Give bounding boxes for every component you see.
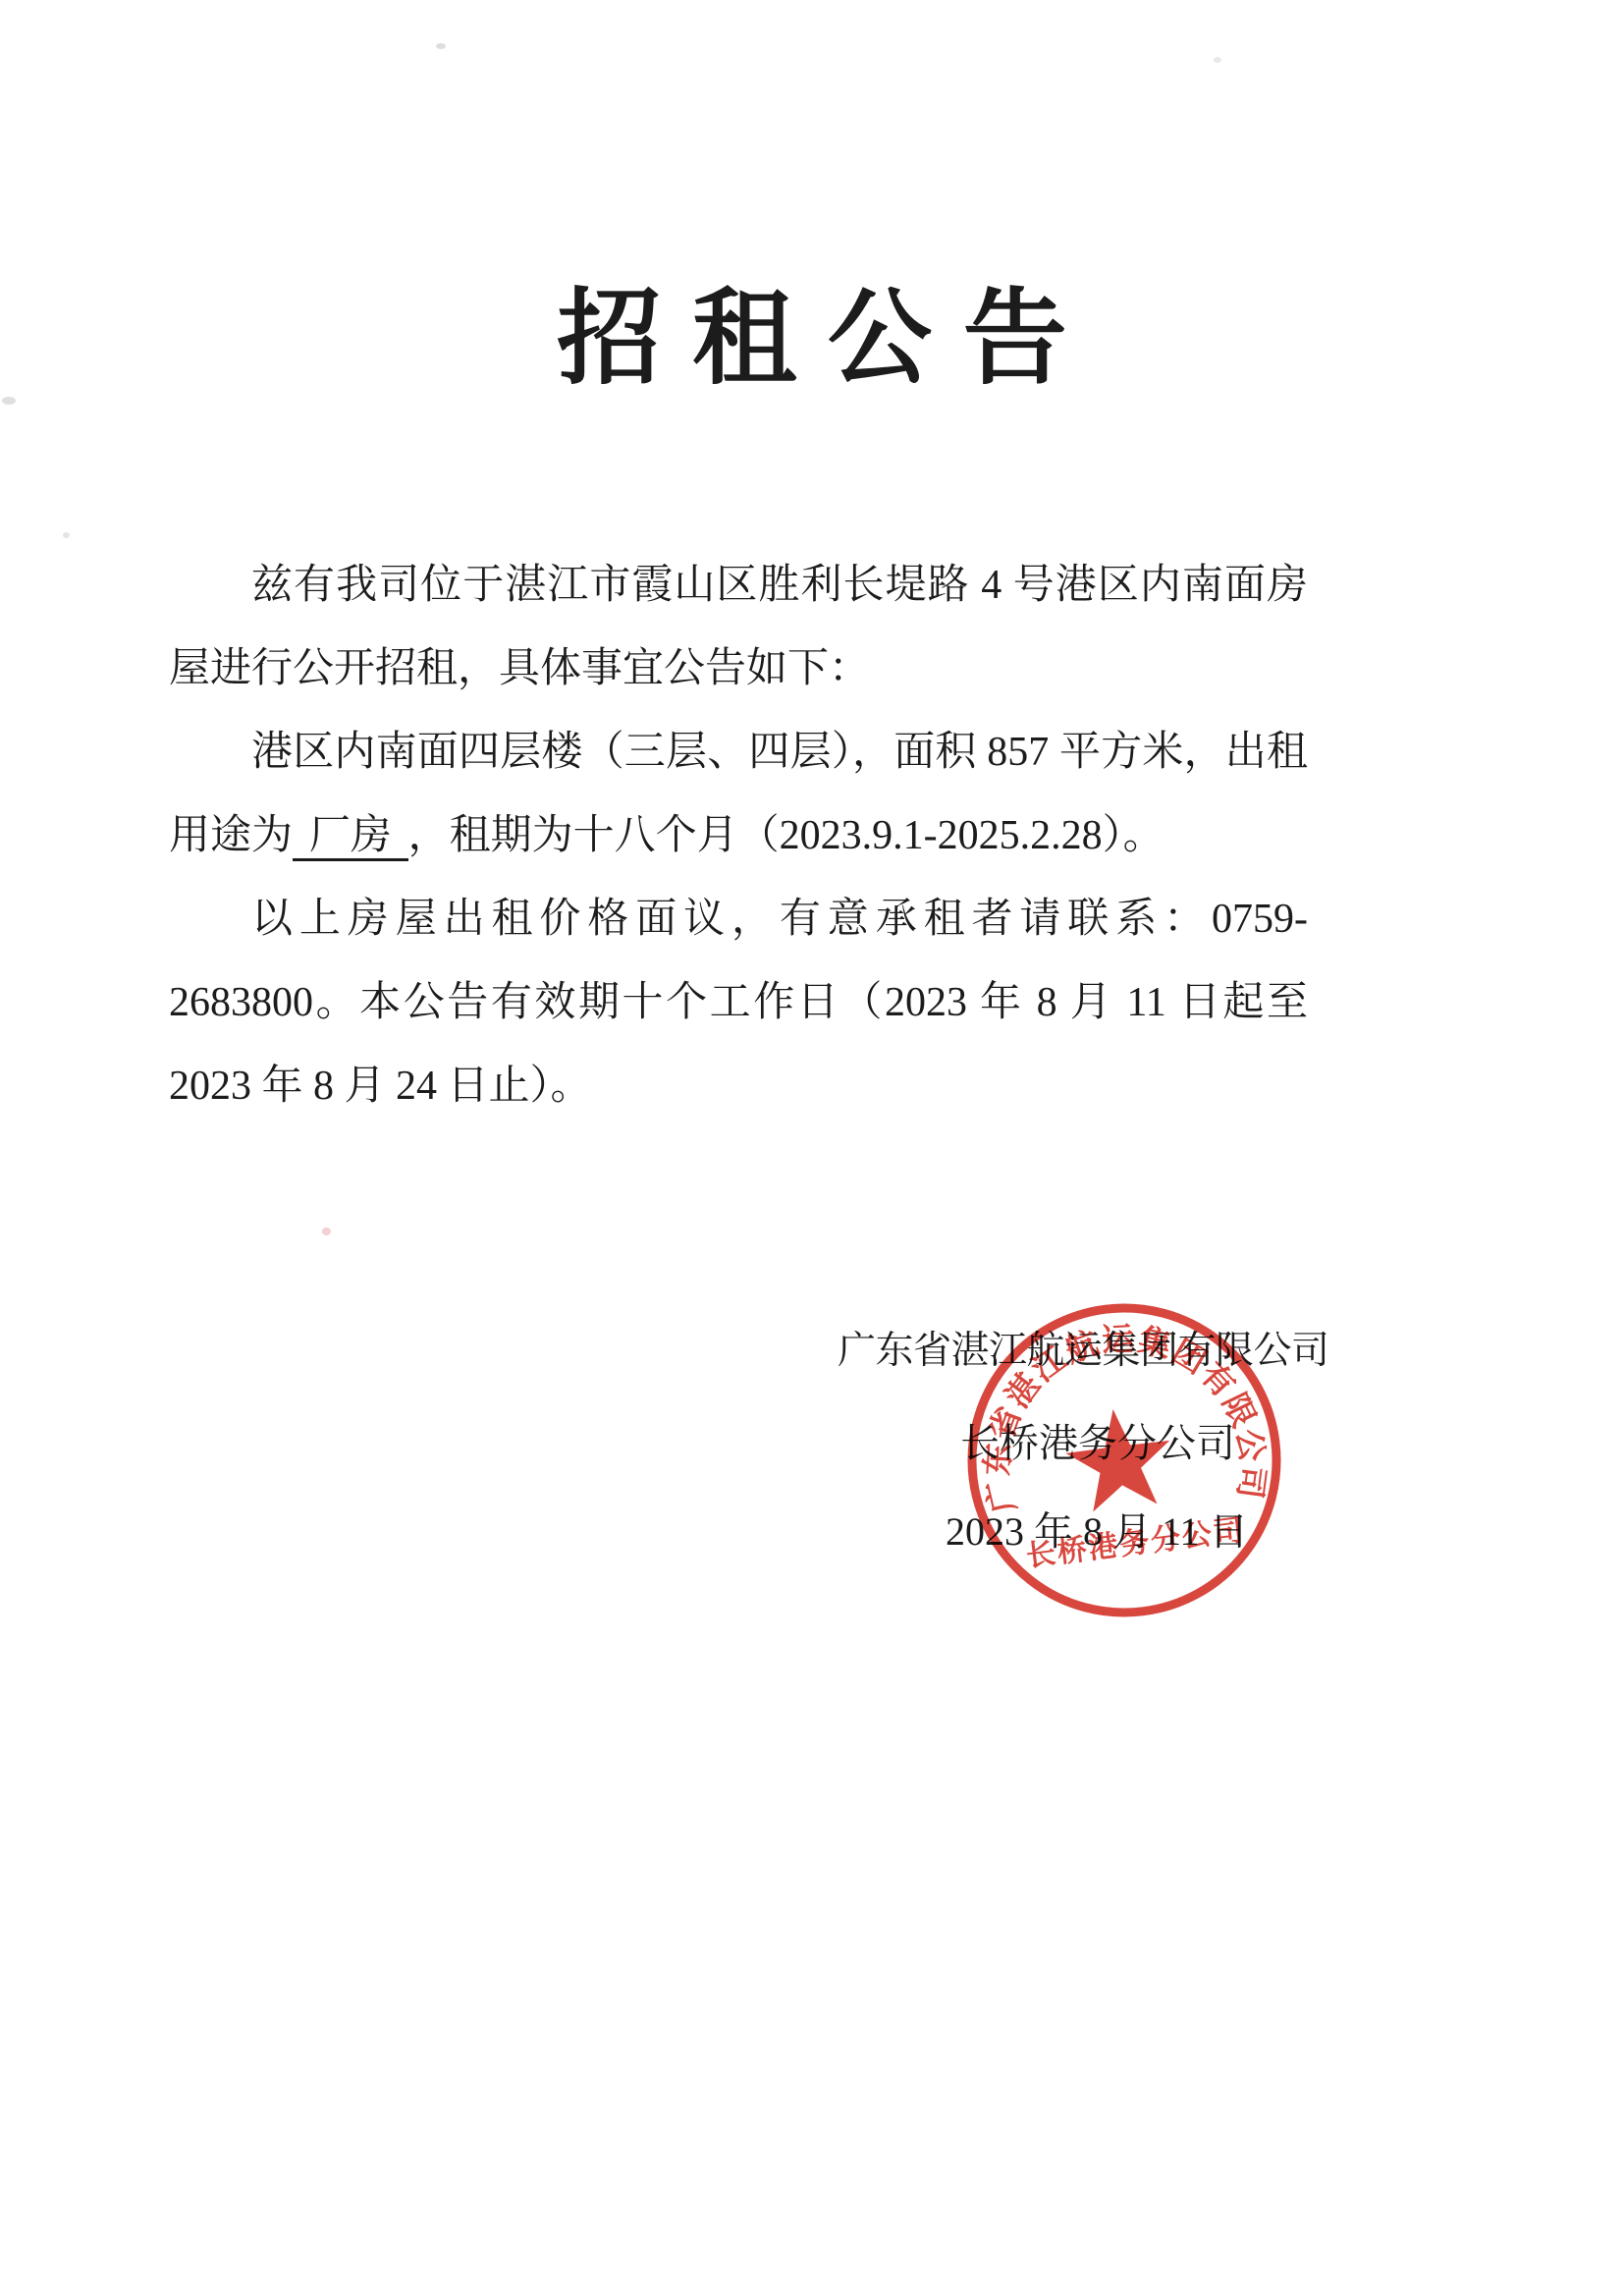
paragraph-text: 以上房屋出租价格面议，有意承租者请联系：0759-2683800。本公告有效期十… (169, 897, 1308, 1109)
paragraph: 兹有我司位于湛江市霞山区胜利长堤路 4 号港区内南面房屋进行公开招租，具体事宜公… (169, 544, 1308, 711)
paragraph: 港区内南面四层楼（三层、四层），面积 857 平方米，出租用途为 厂房 ，租期为… (169, 711, 1308, 878)
announcement-page: 招租公告 兹有我司位于湛江市霞山区胜利长堤路 4 号港区内南面房屋进行公开招租，… (0, 0, 1624, 2296)
page-title: 招租公告 (0, 283, 1624, 398)
scan-artifact (2, 397, 16, 405)
underlined-text: 厂房 (293, 813, 408, 861)
signature-date: 2023 年 8 月 11 日 (946, 1501, 1249, 1557)
paragraph-text: ，租期为十八个月（2023.9.1-2025.2.28）。 (408, 813, 1164, 858)
scan-artifact (436, 43, 446, 49)
scan-artifact (1214, 57, 1221, 63)
document-body: 兹有我司位于湛江市霞山区胜利长堤路 4 号港区内南面房屋进行公开招租，具体事宜公… (169, 544, 1308, 1128)
signature-branch: 长桥港务分公司 (960, 1412, 1235, 1468)
signature-company: 广东省湛江航运集团有限公司 (838, 1320, 1329, 1375)
scan-artifact (322, 1228, 331, 1235)
scan-artifact (63, 532, 70, 538)
paragraph-text: 兹有我司位于湛江市霞山区胜利长堤路 4 号港区内南面房屋进行公开招租，具体事宜公… (169, 563, 1308, 691)
paragraph: 以上房屋出租价格面议，有意承租者请联系：0759-2683800。本公告有效期十… (169, 878, 1308, 1128)
